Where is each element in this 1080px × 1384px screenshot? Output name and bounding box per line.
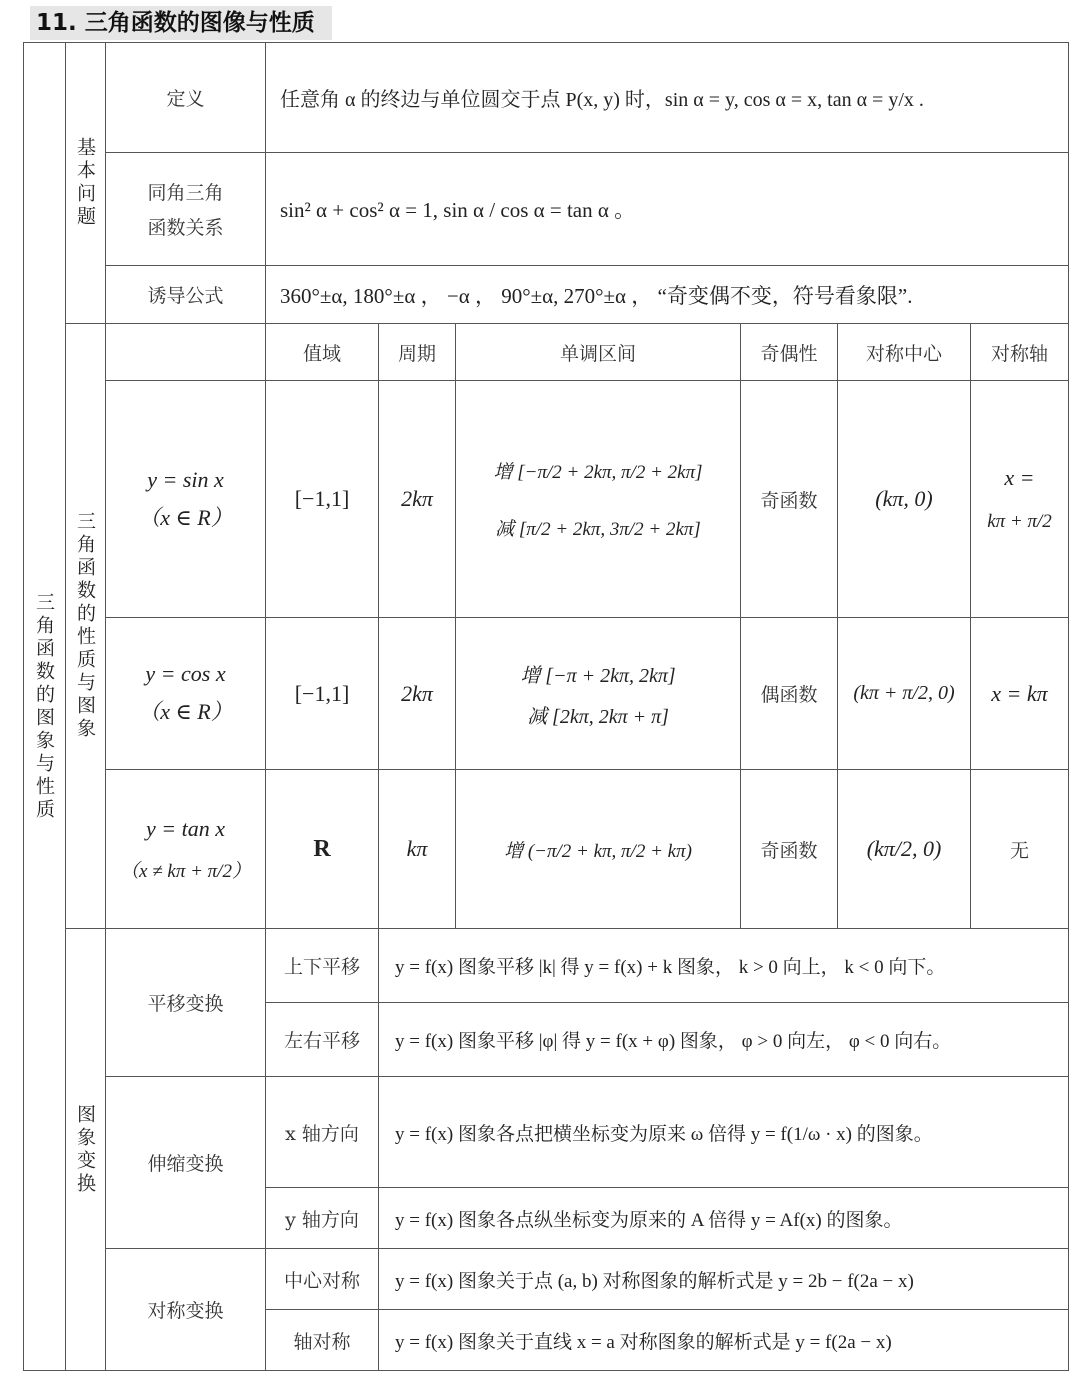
header-cell — [105, 323, 266, 381]
func-cell: y = sin x（x ∈ R） — [105, 380, 266, 618]
monotonic-dec: 减 [2kπ, 2kπ + π] — [527, 700, 669, 729]
basic-row-name-line2: 函数关系 — [147, 213, 223, 240]
section-transform-label: 图象变换 — [72, 1104, 99, 1196]
monotonic-dec: 减 [π/2 + 2kπ, 3π/2 + 2kπ] — [495, 514, 701, 541]
func-domain: （x ∈ R） — [138, 695, 233, 726]
func-name: y = cos x — [145, 661, 225, 687]
section-basic-label-cell: 基本问题 — [65, 42, 106, 324]
basic-row-name: 同角三角 函数关系 — [105, 152, 266, 266]
parity-value: 偶函数 — [740, 617, 838, 770]
transform-content: y = f(x) 图象关于点 (a, b) 对称图象的解析式是 y = 2b −… — [378, 1248, 1069, 1310]
transform-group-name: 平移变换 — [105, 928, 266, 1077]
transform-sub-name: y 轴方向 — [265, 1187, 379, 1249]
func-domain: （x ∈ R） — [138, 501, 233, 532]
transform-content: y = f(x) 图象各点把横坐标变为原来 ω 倍得 y = f(1/ω · x… — [378, 1076, 1069, 1188]
monotonic-inc: 增 (−π/2 + kπ, π/2 + kπ) — [455, 769, 741, 929]
monotonic-cell: 增 [−π/2 + 2kπ, π/2 + 2kπ]减 [π/2 + 2kπ, 3… — [455, 380, 741, 618]
axis-line1: x = — [1004, 465, 1034, 491]
monotonic-inc: 增 [−π/2 + 2kπ, π/2 + 2kπ] — [493, 457, 702, 484]
range-value: R — [265, 769, 379, 929]
transform-content: y = f(x) 图象平移 |φ| 得 y = f(x + φ) 图象， φ >… — [378, 1002, 1069, 1077]
func-name: y = tan x — [146, 816, 225, 842]
header-parity: 奇偶性 — [740, 323, 838, 381]
section-transform-label-cell: 图象变换 — [65, 928, 106, 1371]
transform-content: y = f(x) 图象关于直线 x = a 对称图象的解析式是 y = f(2a… — [378, 1309, 1069, 1371]
transform-content: y = f(x) 图象各点纵坐标变为原来的 A 倍得 y = Af(x) 的图象… — [378, 1187, 1069, 1249]
center-value: (kπ + π/2, 0) — [837, 617, 971, 770]
header-period: 周期 — [378, 323, 456, 381]
basic-row-content: 任意角 α 的终边与单位圆交于点 P(x, y) 时，sin α = y, co… — [265, 42, 1069, 153]
center-value: (kπ/2, 0) — [837, 769, 971, 929]
basic-row-content: 360°±α, 180°±α ， −α ， 90°±α, 270°±α ， “奇… — [265, 265, 1069, 324]
func-domain: （x ≠ kπ + π/2） — [120, 856, 251, 883]
transform-sub-name: 轴对称 — [265, 1309, 379, 1371]
func-cell: y = cos x（x ∈ R） — [105, 617, 266, 770]
section-properties-label: 三角函数的性质与图象 — [72, 511, 99, 741]
transform-sub-name: 中心对称 — [265, 1248, 379, 1310]
range-value: [−1,1] — [265, 617, 379, 770]
transform-group-name: 对称变换 — [105, 1248, 266, 1371]
header-axis: 对称轴 — [970, 323, 1069, 381]
axis-value: x = kπ — [970, 617, 1069, 770]
header-monotonic: 单调区间 — [455, 323, 741, 381]
basic-row-name: 诱导公式 — [105, 265, 266, 324]
basic-row-name-line1: 同角三角 — [147, 178, 223, 205]
axis-value: 无 — [970, 769, 1069, 929]
header-center: 对称中心 — [837, 323, 971, 381]
monotonic-inc: 增 [−π + 2kπ, 2kπ] — [520, 659, 675, 688]
period-value: 2kπ — [378, 617, 456, 770]
func-cell: y = tan x（x ≠ kπ + π/2） — [105, 769, 266, 929]
transform-sub-name: x 轴方向 — [265, 1076, 379, 1188]
period-value: 2kπ — [378, 380, 456, 618]
parity-value: 奇函数 — [740, 380, 838, 618]
center-value: (kπ, 0) — [837, 380, 971, 618]
period-value: kπ — [378, 769, 456, 929]
section-basic-label: 基本问题 — [72, 137, 99, 229]
page-title: 11. 三角函数的图像与性质 — [30, 6, 332, 40]
axis-line2: kπ + π/2 — [987, 511, 1052, 533]
basic-row-name: 定义 — [105, 42, 266, 153]
transform-group-name: 伸缩变换 — [105, 1076, 266, 1249]
axis-cell: x =kπ + π/2 — [970, 380, 1069, 618]
header-range: 值域 — [265, 323, 379, 381]
monotonic-cell: 增 [−π + 2kπ, 2kπ]减 [2kπ, 2kπ + π] — [455, 617, 741, 770]
range-value: [−1,1] — [265, 380, 379, 618]
basic-row-content: sin² α + cos² α = 1, sin α / cos α = tan… — [265, 152, 1069, 266]
transform-sub-name: 上下平移 — [265, 928, 379, 1003]
section-properties-label-cell: 三角函数的性质与图象 — [65, 323, 106, 929]
transform-sub-name: 左右平移 — [265, 1002, 379, 1077]
outer-label: 三角函数的图象与性质 — [31, 592, 58, 822]
func-name: y = sin x — [147, 467, 224, 493]
outer-label-cell: 三角函数的图象与性质 — [23, 42, 66, 1371]
range-text: R — [313, 836, 330, 863]
transform-content: y = f(x) 图象平移 |k| 得 y = f(x) + k 图象， k >… — [378, 928, 1069, 1003]
parity-value: 奇函数 — [740, 769, 838, 929]
